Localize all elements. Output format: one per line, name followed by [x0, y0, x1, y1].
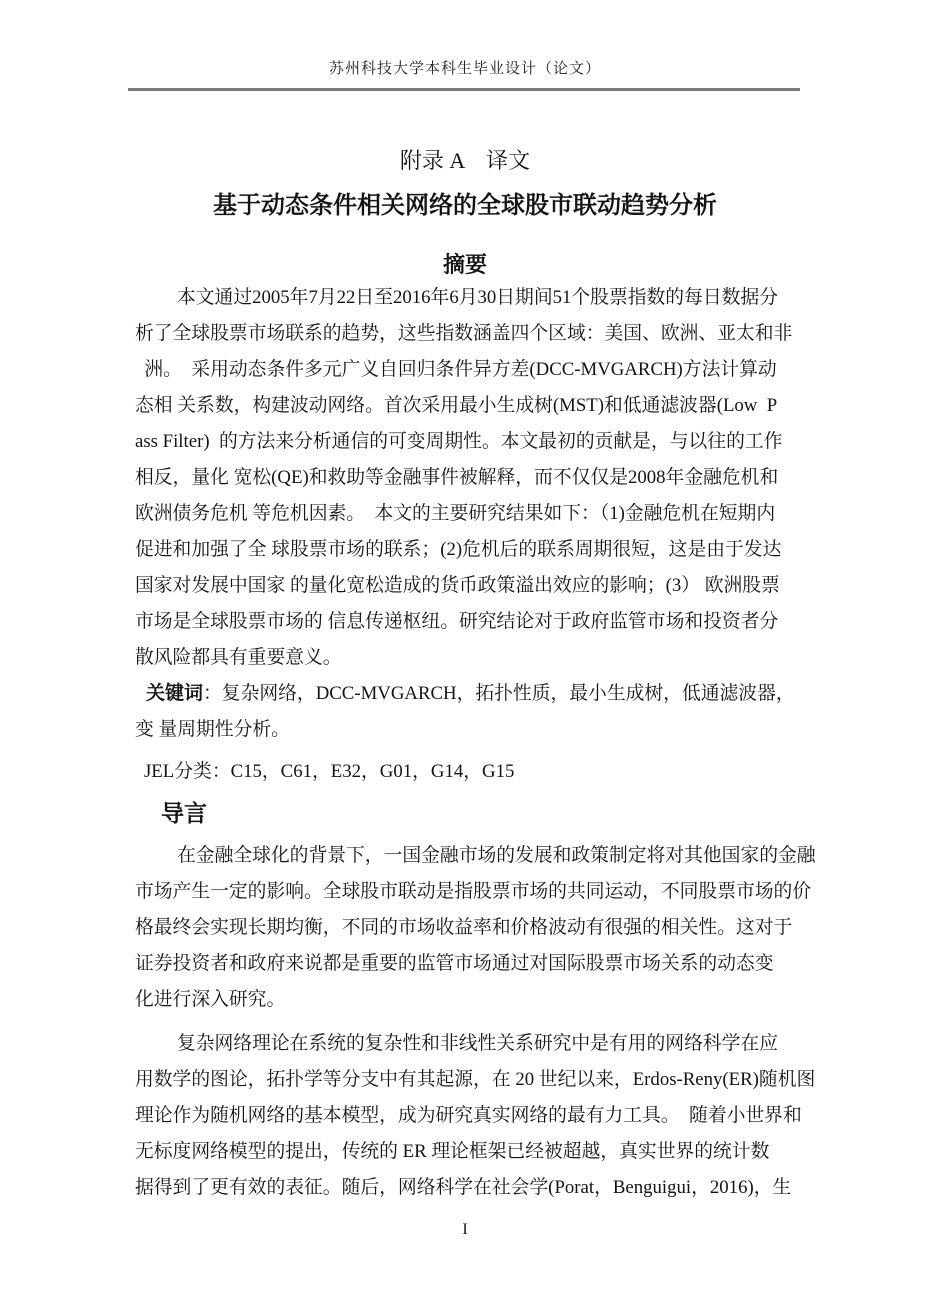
- text-line: 证券投资者和政府来说都是重要的监管市场通过对国际股票市场关系的动态变: [135, 946, 795, 982]
- appendix-title: 附录 A 译文: [135, 147, 795, 175]
- text-line: 本文通过2005年7月22日至2016年6月30日期间51个股票指数的每日数据分: [135, 280, 795, 316]
- paper-title: 基于动态条件相关网络的全球股市联动趋势分析: [135, 189, 795, 223]
- document-page: 苏州科技大学本科生毕业设计（论文） 附录 A 译文 基于动态条件相关网络的全球股…: [0, 0, 926, 1309]
- text-line: 市场是全球股票市场的 信息传递枢纽。研究结论对于政府监管市场和投资者分: [135, 604, 795, 640]
- jel-classification: JEL分类：C15，C61，E32，G01，G14，G15: [135, 754, 795, 790]
- text-line: 态相 关系数，构建波动网络。首次采用最小生成树(MST)和低通滤波器(Low P: [135, 388, 795, 424]
- text-line: 欧洲债务危机 等危机因素。 本文的主要研究结果如下：（1)金融危机在短期内: [135, 496, 795, 532]
- text-line: 格最终会实现长期均衡，不同的市场收益率和价格波动有很强的相关性。这对于: [135, 910, 795, 946]
- text-line: 化进行深入研究。: [135, 982, 795, 1018]
- abstract-paragraph: 本文通过2005年7月22日至2016年6月30日期间51个股票指数的每日数据分…: [135, 280, 795, 676]
- text-line: 市场产生一定的影响。全球股市联动是指股票市场的共同运动，不同股票市场的价: [135, 874, 795, 910]
- running-header: 苏州科技大学本科生毕业设计（论文）: [135, 57, 795, 81]
- introduction-paragraph-1: 在金融全球化的背景下，一国金融市场的发展和政策制定将对其他国家的金融市场产生一定…: [135, 838, 795, 1018]
- text-line: 散风险都具有重要意义。: [135, 640, 795, 676]
- text-line: ass Filter) 的方法来分析通信的可变周期性。本文最初的贡献是，与以往的…: [135, 424, 795, 460]
- introduction-paragraph-2: 复杂网络理论在系统的复杂性和非线性关系研究中是有用的网络科学在应用数学的图论，拓…: [135, 1026, 795, 1206]
- text-line: 无标度网络模型的提出，传统的 ER 理论框架已经被超越，真实世界的统计数: [135, 1134, 795, 1170]
- abstract-heading: 摘要: [135, 250, 795, 280]
- introduction-heading: 导言: [135, 796, 795, 830]
- text-line: 相反，量化 宽松(QE)和救助等金融事件被解释，而不仅仅是2008年金融危机和: [135, 460, 795, 496]
- text-line: 国家对发展中国家 的量化宽松造成的货币政策溢出效应的影响；(3） 欧洲股票: [135, 568, 795, 604]
- page-number: I: [135, 1218, 795, 1242]
- text-line: 理论作为随机网络的基本模型，成为研究真实网络的最有力工具。 随着小世界和: [135, 1098, 795, 1134]
- keywords-line-1: 关键词：复杂网络，DCC-MVGARCH，拓扑性质，最小生成树，低通滤波器，: [135, 676, 795, 712]
- keywords-label: 关键词: [146, 683, 203, 704]
- keywords-paragraph: 关键词：复杂网络，DCC-MVGARCH，拓扑性质，最小生成树，低通滤波器， 变…: [135, 676, 795, 748]
- text-line: 促进和加强了全 球股票市场的联系；(2)危机后的联系周期很短，这是由于发达: [135, 532, 795, 568]
- keywords-text: ：复杂网络，DCC-MVGARCH，拓扑性质，最小生成树，低通滤波器，: [203, 683, 795, 704]
- keywords-line-2: 变 量周期性分析。: [135, 712, 795, 748]
- text-line: 洲。 采用动态条件多元广义自回归条件异方差(DCC-MVGARCH)方法计算动: [135, 352, 795, 388]
- text-line: 据得到了更有效的表征。随后，网络科学在社会学(Porat，Benguigui，2…: [135, 1170, 795, 1206]
- text-line: 复杂网络理论在系统的复杂性和非线性关系研究中是有用的网络科学在应: [135, 1026, 795, 1062]
- header-divider: [128, 88, 800, 91]
- text-line: 在金融全球化的背景下，一国金融市场的发展和政策制定将对其他国家的金融: [135, 838, 795, 874]
- text-line: 析了全球股票市场联系的趋势，这些指数涵盖四个区域：美国、欧洲、亚太和非: [135, 316, 795, 352]
- text-line: 用数学的图论，拓扑学等分支中有其起源，在 20 世纪以来，Erdos-Reny(…: [135, 1062, 795, 1098]
